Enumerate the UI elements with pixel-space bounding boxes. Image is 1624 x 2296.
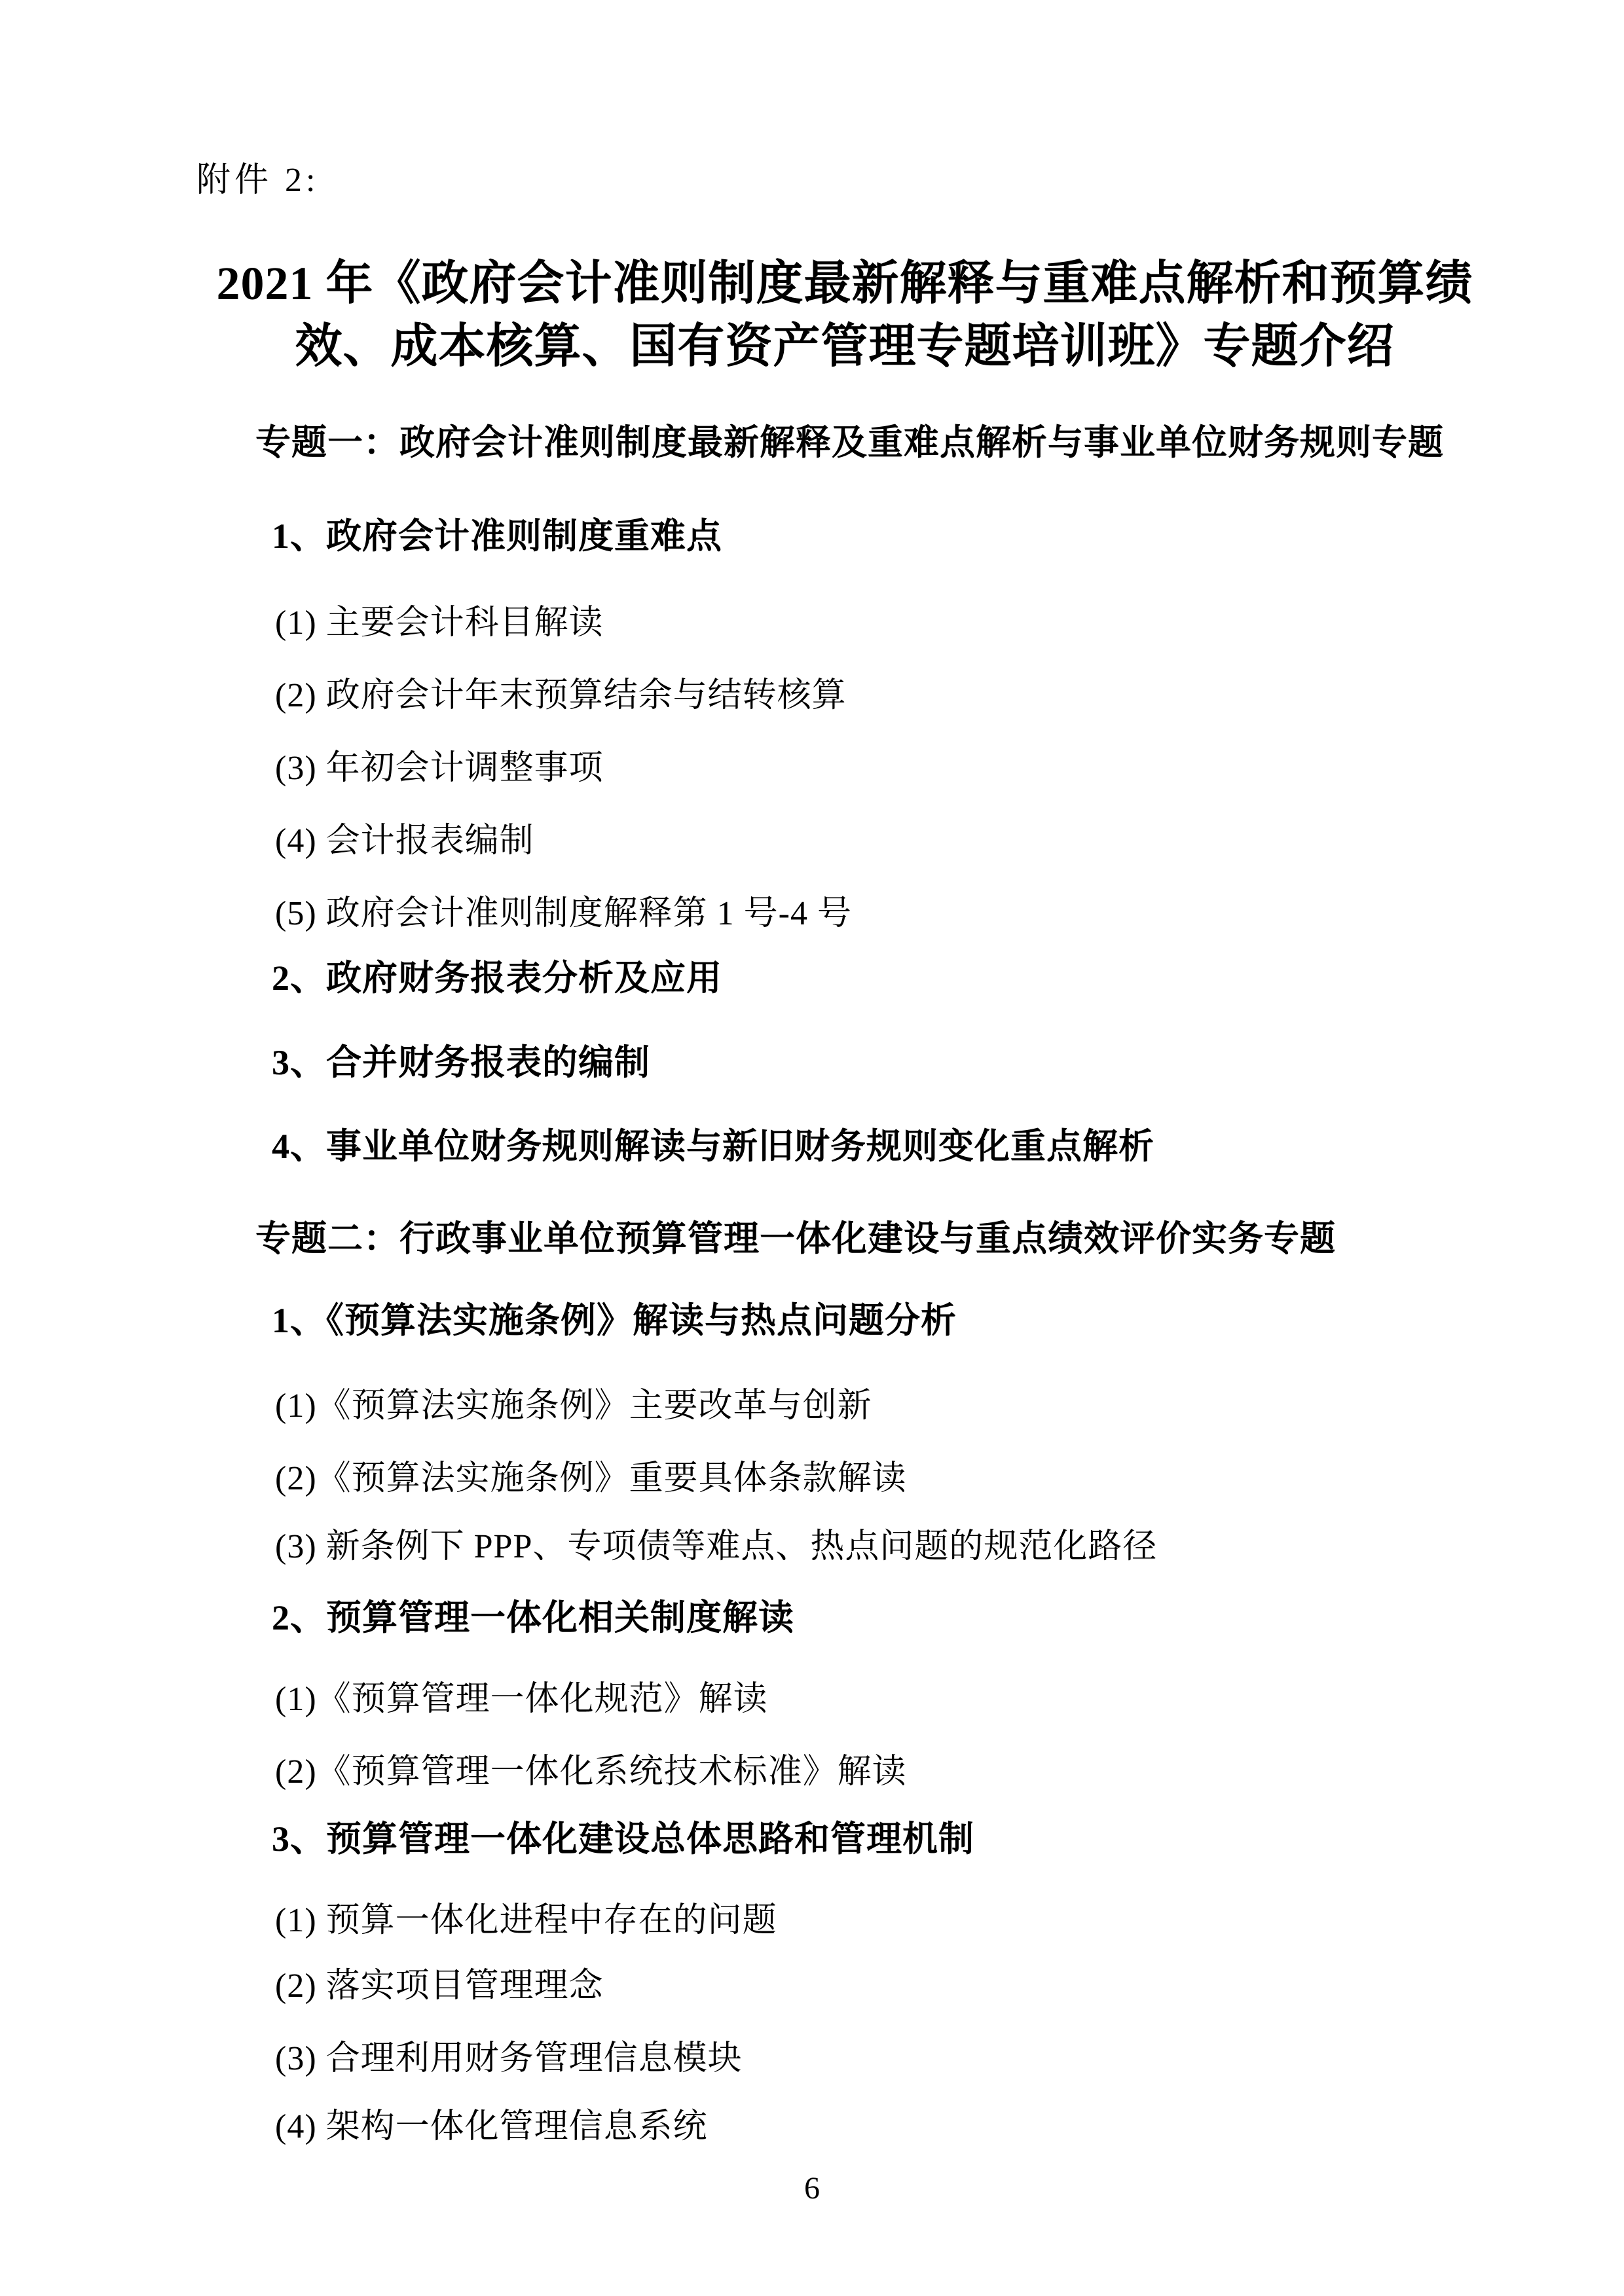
attachment-label: 附件 2:	[196, 161, 319, 200]
section-1-item-1: 1、政府会计准则制度重难点	[272, 516, 722, 556]
section-2-item-2-sub-2: (2)《预算管理一体化系统技术标准》解读	[275, 1753, 907, 1792]
doc-title-line2: 效、成本核算、国有资产管理专题培训班》专题介绍	[196, 319, 1493, 374]
section-1-item-1-sub-4: (4) 会计报表编制	[275, 822, 534, 861]
document-page: 附件 2: 2021 年《政府会计准则制度最新解释与重难点解析和预算绩 效、成本…	[0, 0, 1624, 2296]
section-2-item-1: 1、《预算法实施条例》解读与热点问题分析	[272, 1300, 957, 1341]
section-1-heading: 专题一：政府会计准则制度最新解释及重难点解析与事业单位财务规则专题	[255, 422, 1444, 463]
section-1-item-1-sub-2: (2) 政府会计年末预算结余与结转核算	[275, 676, 847, 716]
page-number: 6	[0, 2170, 1624, 2206]
section-1-item-3: 3、合并财务报表的编制	[272, 1042, 650, 1083]
section-2-item-3-sub-4: (4) 架构一体化管理信息系统	[275, 2107, 708, 2147]
section-2-item-3-sub-3: (3) 合理利用财务管理信息模块	[275, 2039, 743, 2079]
section-1-item-4: 4、事业单位财务规则解读与新旧财务规则变化重点解析	[272, 1126, 1154, 1167]
section-2-item-1-sub-3: (3) 新条例下 PPP、专项债等难点、热点问题的规范化路径	[275, 1527, 1157, 1567]
section-2-item-3: 3、预算管理一体化建设总体思路和管理机制	[272, 1819, 974, 1859]
section-1-item-1-sub-1: (1) 主要会计科目解读	[275, 604, 604, 643]
section-2-item-3-sub-2: (2) 落实项目管理理念	[275, 1967, 604, 2006]
section-1-item-1-sub-5: (5) 政府会计准则制度解释第 1 号-4 号	[275, 894, 852, 934]
doc-title-line1: 2021 年《政府会计准则制度最新解释与重难点解析和预算绩	[196, 257, 1493, 311]
section-2-item-1-sub-1: (1)《预算法实施条例》主要改革与创新	[275, 1387, 872, 1426]
section-2-heading: 专题二：行政事业单位预算管理一体化建设与重点绩效评价实务专题	[255, 1218, 1336, 1259]
section-1-item-1-sub-3: (3) 年初会计调整事项	[275, 749, 604, 788]
section-2-item-2-sub-1: (1)《预算管理一体化规范》解读	[275, 1680, 768, 1719]
section-2-item-1-sub-2: (2)《预算法实施条例》重要具体条款解读	[275, 1459, 907, 1499]
section-2-item-3-sub-1: (1) 预算一体化进程中存在的问题	[275, 1901, 777, 1941]
section-2-item-2: 2、预算管理一体化相关制度解读	[272, 1597, 794, 1638]
section-1-item-2: 2、政府财务报表分析及应用	[272, 958, 722, 998]
